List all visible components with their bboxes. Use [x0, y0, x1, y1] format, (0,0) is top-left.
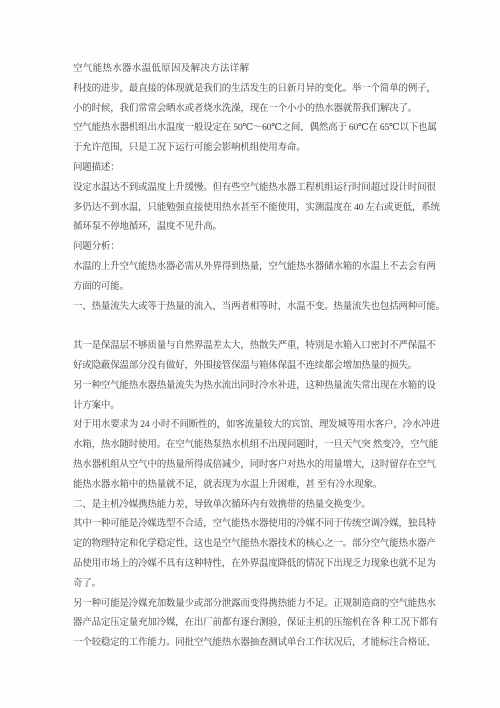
doc-line: 科技的进步，最直接的体现就是我们的生活发生的日新月异的变化。举一个简单的例子， — [73, 80, 453, 100]
doc-line: 一、热量流失大或等于热量的流入，当两者相等时，水温不变。热量流失也包括两种可能。 — [73, 298, 453, 318]
document-body: 空气能热水器水温低原因及解决方法详解科技的进步，最直接的体现就是我们的生活发生的… — [73, 60, 453, 654]
doc-line: 二、是主机冷媒携热能力差，导致单次循环内有效携带的热量交换变少。 — [73, 496, 453, 516]
doc-line: 问题分析： — [73, 238, 453, 258]
doc-line: 一个较稳定的工作能力。同批空气能热水器抽查测试单台工作状况后，才能标注合格证、 — [73, 634, 453, 654]
doc-line: 多仍达不到水温，只能勉强直接使用热水甚至不能使用，实测温度在 40 左右或更低，… — [73, 199, 453, 219]
doc-line: 好或隐蔽保温部分没有做好，外围接管保温与箱体保温不连续都会增加热量的损失。 — [73, 357, 453, 377]
doc-line: 设定水温达不到或温度上升缓慢。但有些空气能热水器工程机组运行时间超过设计时间很 — [73, 179, 453, 199]
doc-line: 于允许范围，只是工况下运行可能会影响机组使用寿命。 — [73, 139, 453, 159]
doc-line: 水温的上升空气能热水器必需从外界得到热量，空气能热水器储水箱的水温上不去会有两 — [73, 258, 453, 278]
doc-line: 计方案中。 — [73, 397, 453, 417]
doc-line: 能热水器水箱中的热量就不足，就表现为水温上升困难，甚 至有冷水现象。 — [73, 476, 453, 496]
doc-line: 另一种空气能热水器热量流失为热水流出同时冷水补进，这种热量流失常出现在水箱的设 — [73, 377, 453, 397]
doc-line: 器产品定压定量充加冷媒，在出厂前都有逐台测验，保证主机的压缩机在各 种工况下都有 — [73, 614, 453, 634]
doc-line: 方面的可能。 — [73, 278, 453, 298]
doc-line: 问题描述： — [73, 159, 453, 179]
doc-line: 对于用水要求为 24 小时不间断性的，如客流量较大的宾馆、理发城等用水客户，冷水… — [73, 416, 453, 436]
doc-line: 小的时候，我们常常会晒水或者烧水洗澡，现在一个小小的热水器就帮我们解决了。 — [73, 100, 453, 120]
doc-line — [73, 317, 453, 337]
doc-line: 空气能热水器机组出水温度一般设定在 50℃～60℃之间，偶然高于 60℃在 65… — [73, 119, 453, 139]
document-page: 空气能热水器水温低原因及解决方法详解科技的进步，最直接的体现就是我们的生活发生的… — [0, 0, 500, 708]
doc-line: 定的物理特定和化学稳定性，这也是空气能热水器技术的核心之一。部分空气能热水器产 — [73, 535, 453, 555]
doc-line: 奇了。 — [73, 575, 453, 595]
doc-line: 品使用市场上的冷媒不具有这种特性，在外界温度降低的情况下出现乏力现象也就不足为 — [73, 555, 453, 575]
doc-line: 另一种可能是冷媒充加数量少或部分泄露而变得携热能力不足。正规制造商的空气能热水 — [73, 595, 453, 615]
doc-line: 热水器机组从空气中的热量所得成倍减少，同时客户对热水的用量增大，这时留存在空气 — [73, 456, 453, 476]
doc-line: 其一是保温层不够质量与自然界温差太大，热散失严重，特别是水箱入口密封不严保温不 — [73, 337, 453, 357]
doc-line: 水箱，热水随时使用。在空气能热泵热水机组不出现问题时，一旦天气突 然变冷，空气能 — [73, 436, 453, 456]
doc-title: 空气能热水器水温低原因及解决方法详解 — [73, 60, 453, 80]
doc-line: 循环泵不停地循环，温度不见升高。 — [73, 218, 453, 238]
doc-line: 其中一种可能是冷媒选型不合适，空气能热水器使用的冷媒不同于传统空调冷媒，独具特 — [73, 515, 453, 535]
